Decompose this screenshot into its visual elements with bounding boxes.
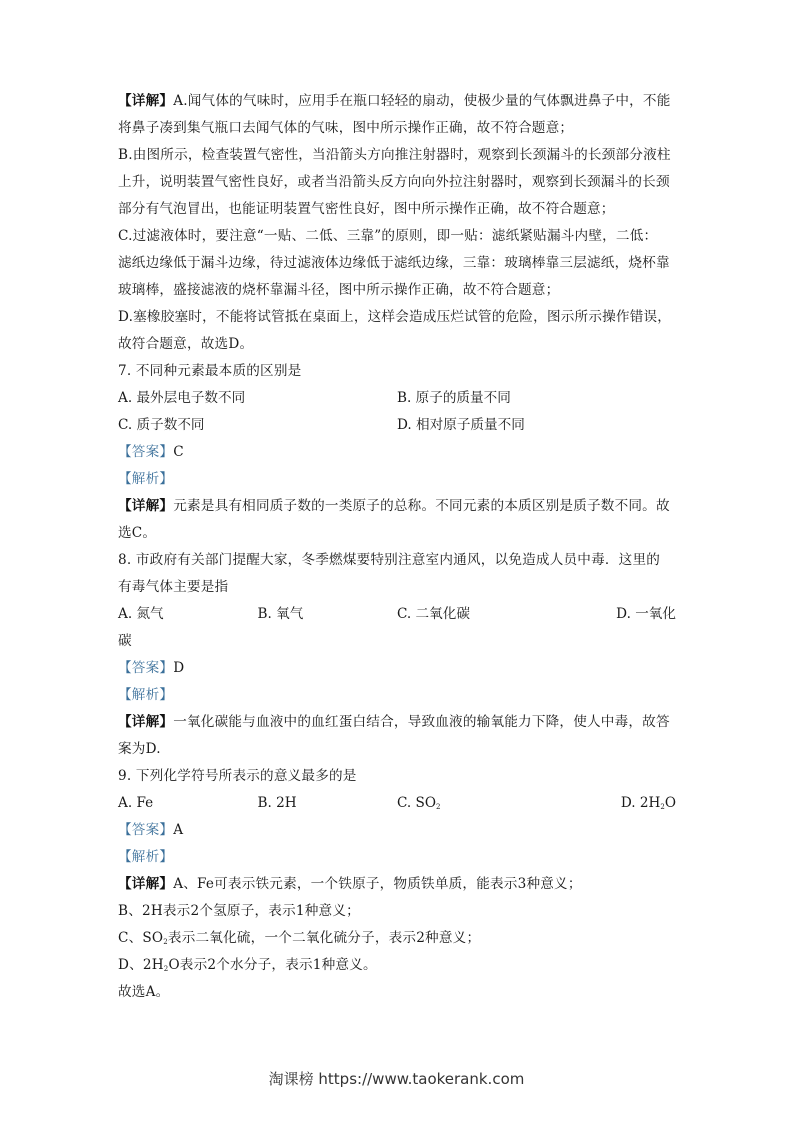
q9-options-row: A. Fe B. 2H C. SO2 D. 2H2O bbox=[118, 790, 676, 817]
q9-option-d: D. 2H2O bbox=[537, 790, 677, 817]
q8-stem-line-0: 8. 市政府有关部门提醒大家，冬季燃煤要特别注意室内通风，以免造成人员中毒．这里… bbox=[118, 547, 676, 574]
q9-detail-line-0: 【详解】A、Fe可表示铁元素，一个铁原子，物质铁单质，能表示3种意义； bbox=[118, 871, 676, 898]
q9-option-b: B. 2H bbox=[258, 790, 398, 817]
q7-answer: 【答案】C bbox=[118, 439, 676, 466]
q8-option-a: A. 氮气 bbox=[118, 601, 258, 628]
detail-tag: 【详解】 bbox=[118, 93, 173, 109]
answer-tag: 【答案】 bbox=[118, 444, 173, 460]
q8-option-d-wrap: 碳 bbox=[118, 628, 676, 655]
analysis-tag: 【解析】 bbox=[118, 471, 173, 487]
q7-detail-line-1: 选C。 bbox=[118, 520, 676, 547]
q7-option-c: C. 质子数不同 bbox=[118, 412, 397, 439]
answer-tag: 【答案】 bbox=[118, 822, 173, 838]
q7-option-a: A. 最外层电子数不同 bbox=[118, 385, 397, 412]
answer-tag: 【答案】 bbox=[118, 660, 173, 676]
document-page: 【详解】A.闻气体的气味时，应用手在瓶口轻轻的扇动，使极少量的气体飘进鼻子中，不… bbox=[118, 88, 676, 1006]
detail-tag: 【详解】 bbox=[118, 714, 173, 730]
q8-detail-line-1: 案为D. bbox=[118, 736, 676, 763]
q6-detail-line-4: 部分有气泡冒出，也能证明装置气密性良好，图中所示操作正确，故不符合题意； bbox=[118, 196, 676, 223]
q7-options-row-2: C. 质子数不同 D. 相对原子质量不同 bbox=[118, 412, 676, 439]
q8-options-row: A. 氮气 B. 氧气 C. 二氧化碳 D. 一氧化 bbox=[118, 601, 676, 628]
q7-option-b: B. 原子的质量不同 bbox=[397, 385, 676, 412]
q7-options-row-1: A. 最外层电子数不同 B. 原子的质量不同 bbox=[118, 385, 676, 412]
q6-detail-line-2: B.由图所示，检查装置气密性，当沿箭头方向推注射器时，观察到长颈漏斗的长颈部分液… bbox=[118, 142, 676, 169]
q8-detail-line-0: 【详解】一氧化碳能与血液中的血红蛋白结合，导致血液的输氧能力下降，使人中毒，故答 bbox=[118, 709, 676, 736]
q9-analysis: 【解析】 bbox=[118, 844, 676, 871]
q9-stem: 9. 下列化学符号所表示的意义最多的是 bbox=[118, 763, 676, 790]
q6-detail-line-9: 故符合题意，故选D。 bbox=[118, 331, 676, 358]
q7-option-d: D. 相对原子质量不同 bbox=[397, 412, 676, 439]
analysis-tag: 【解析】 bbox=[118, 687, 173, 703]
footer-watermark: 淘课榜 https://www.taokerank.com bbox=[0, 1068, 793, 1089]
q8-option-d: D. 一氧化 bbox=[537, 601, 677, 628]
detail-tag: 【详解】 bbox=[118, 498, 173, 514]
analysis-tag: 【解析】 bbox=[118, 849, 173, 865]
q6-detail-line-6: 滤纸边缘低于漏斗边缘，待过滤液体边缘低于滤纸边缘，三靠：玻璃棒靠三层滤纸，烧杯靠 bbox=[118, 250, 676, 277]
answer-value: A bbox=[173, 822, 183, 838]
q9-detail-line-1: B、2H表示2个氢原子，表示1种意义； bbox=[118, 898, 676, 925]
q9-option-c: C. SO2 bbox=[397, 790, 537, 817]
q8-analysis: 【解析】 bbox=[118, 682, 676, 709]
q9-detail-line-2: C、SO2表示二氧化硫，一个二氧化硫分子，表示2种意义； bbox=[118, 925, 676, 952]
answer-value: D bbox=[173, 660, 184, 676]
detail-tag: 【详解】 bbox=[118, 876, 173, 892]
q6-detail-line-8: D.塞橡胶塞时，不能将试管抵在桌面上，这样会造成压烂试管的危险，图示所示操作错误… bbox=[118, 304, 676, 331]
q6-detail-line-1: 将鼻子凑到集气瓶口去闻气体的气味，图中所示操作正确，故不符合题意； bbox=[118, 115, 676, 142]
q6-detail-line-7: 玻璃棒，盛接滤液的烧杯靠漏斗径，图中所示操作正确，故不符合题意； bbox=[118, 277, 676, 304]
q9-option-a: A. Fe bbox=[118, 790, 258, 817]
q9-answer: 【答案】A bbox=[118, 817, 676, 844]
answer-value: C bbox=[173, 444, 184, 460]
q8-answer: 【答案】D bbox=[118, 655, 676, 682]
q6-detail-line-3: 上升，说明装置气密性良好，或者当沿箭头反方向向外拉注射器时，观察到长颈漏斗的长颈 bbox=[118, 169, 676, 196]
q6-detail-line-5: C.过滤液体时，要注意“一贴、二低、三靠”的原则，即一贴：滤纸紧贴漏斗内壁，二低… bbox=[118, 223, 676, 250]
q7-stem: 7. 不同种元素最本质的区别是 bbox=[118, 358, 676, 385]
q8-option-c: C. 二氧化碳 bbox=[397, 601, 537, 628]
q9-detail-line-4: 故选A。 bbox=[118, 979, 676, 1006]
q8-stem-line-1: 有毒气体主要是指 bbox=[118, 574, 676, 601]
q6-detail-line-0: 【详解】A.闻气体的气味时，应用手在瓶口轻轻的扇动，使极少量的气体飘进鼻子中，不… bbox=[118, 88, 676, 115]
q8-option-b: B. 氧气 bbox=[258, 601, 398, 628]
q9-detail-line-3: D、2H2O表示2个水分子，表示1种意义。 bbox=[118, 952, 676, 979]
q7-detail-line-0: 【详解】元素是具有相同质子数的一类原子的总称。不同元素的本质区别是质子数不同。故 bbox=[118, 493, 676, 520]
q7-analysis: 【解析】 bbox=[118, 466, 676, 493]
